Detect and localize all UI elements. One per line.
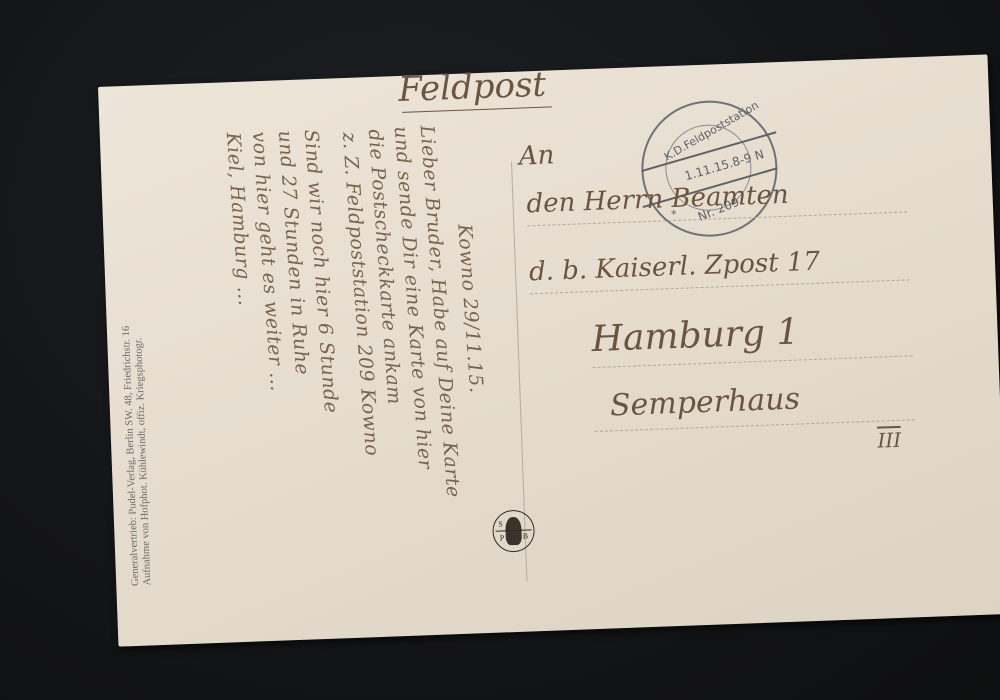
logo-letter-p: P — [500, 533, 505, 542]
address-line-3: Hamburg 1 — [591, 311, 800, 360]
logo-letter-s: S — [498, 519, 503, 528]
message-line: Kowno 29/11.15. — [453, 223, 487, 394]
postcard: Generalvertrieb: Pudel-Verlag, Berlin SW… — [98, 54, 1000, 646]
address-salutation: An — [518, 140, 555, 171]
logo-letter-b: B — [523, 532, 529, 541]
address-line-5: III — [877, 428, 902, 453]
address-line-4: Semperhaus — [609, 382, 800, 424]
address-line-2: d. b. Kaiserl. Zpost 17 — [529, 247, 821, 288]
feldpost-header: Feldpost — [398, 65, 547, 110]
lion-logo-icon: S P B — [492, 509, 536, 553]
